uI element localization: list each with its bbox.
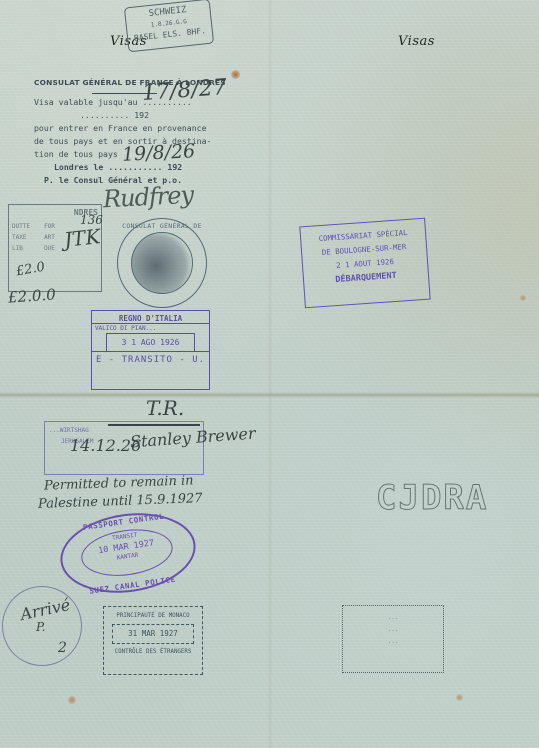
round-stamp-handwritten-2: P. bbox=[36, 620, 45, 634]
seal-emblem bbox=[131, 232, 193, 294]
rust-spot bbox=[68, 696, 76, 704]
suez-inner-oval: TRANSIT 10 MAR 1927 KANTAR bbox=[78, 524, 175, 581]
regno-line1: REGNO D'ITALIA bbox=[92, 311, 209, 323]
faded-line2: ... bbox=[343, 624, 443, 636]
regno-line4: E - TRANSITO - U. bbox=[92, 351, 209, 368]
regno-line2: VALICO DI PIAN... bbox=[92, 323, 209, 333]
round-stamp-handwritten-3: 2 bbox=[58, 640, 67, 656]
londres-label: DUE bbox=[44, 243, 55, 254]
passport-page: Visas Visas SCHWEIZ 1.8.26.G.G BASEL ELS… bbox=[0, 0, 539, 748]
italy-transit-stamp: REGNO D'ITALIA VALICO DI PIAN... 3 1 AGO… bbox=[91, 310, 210, 390]
faded-stamp: ... ... ... bbox=[342, 605, 444, 673]
londres-label: FOR bbox=[44, 221, 55, 232]
seal-ring-text: CONSULAT GÉNÉRAL DE bbox=[118, 223, 206, 230]
suez-canal-police-stamp: PASSPORT CONTROL TRANSIT 10 MAR 1927 KAN… bbox=[55, 505, 201, 601]
monaco-line1: PRINCIPAUTÉ DE MONACO bbox=[104, 610, 202, 622]
faded-line3: ... bbox=[343, 636, 443, 648]
vertical-fold bbox=[268, 0, 272, 748]
year-row: .......... 192 bbox=[34, 109, 264, 122]
strike-line bbox=[108, 424, 200, 426]
regno-date: 3 1 AGO 1926 bbox=[106, 333, 195, 351]
handwritten-note: JTK bbox=[63, 224, 102, 252]
visa-valable-label: Visa valable jusqu'au bbox=[34, 97, 138, 107]
consul-signature: Rudfrey bbox=[102, 181, 193, 214]
initials-handwritten: T.R. bbox=[146, 396, 184, 420]
year-suffix: 192 bbox=[167, 162, 182, 172]
londres-le-label: Londres le bbox=[54, 162, 103, 172]
schweiz-stamp: SCHWEIZ 1.8.26.G.G BASEL ELS. BHF. bbox=[124, 0, 214, 52]
palestine-note-line1: Permitted to remain in bbox=[44, 473, 194, 493]
monaco-date: 31 MAR 1927 bbox=[112, 624, 194, 644]
boulogne-stamp: COMMISSARIAT SPÉCIAL DE BOULOGNE-SUR-MER… bbox=[299, 218, 430, 309]
faded-line1: ... bbox=[343, 612, 443, 624]
handwritten-amount: £2.0.0 bbox=[7, 285, 56, 306]
suez-bottom-text: SUEZ CANAL POLICE bbox=[67, 572, 199, 599]
londres-date-handwritten: 19/8/26 bbox=[121, 140, 195, 166]
monaco-stamp: PRINCIPAUTÉ DE MONACO 31 MAR 1927 CONTRÔ… bbox=[103, 606, 203, 675]
pour-entrer-text: pour entrer en France en provenance bbox=[34, 122, 264, 135]
rust-spot bbox=[520, 295, 526, 301]
londres-label: DUTTE bbox=[12, 221, 30, 232]
right-page-heading: Visas bbox=[398, 34, 435, 49]
monaco-line3: CONTRÔLE DES ÉTRANGERS bbox=[104, 646, 202, 658]
consulate-seal: CONSULAT GÉNÉRAL DE bbox=[117, 218, 207, 308]
londres-label: ART bbox=[44, 232, 55, 243]
londres-label: TAXE bbox=[12, 232, 30, 243]
year-label: 192 bbox=[134, 110, 149, 120]
perforated-letters: CJDRA bbox=[376, 478, 488, 518]
londres-label: LIB bbox=[12, 243, 30, 254]
rust-spot bbox=[456, 694, 463, 701]
